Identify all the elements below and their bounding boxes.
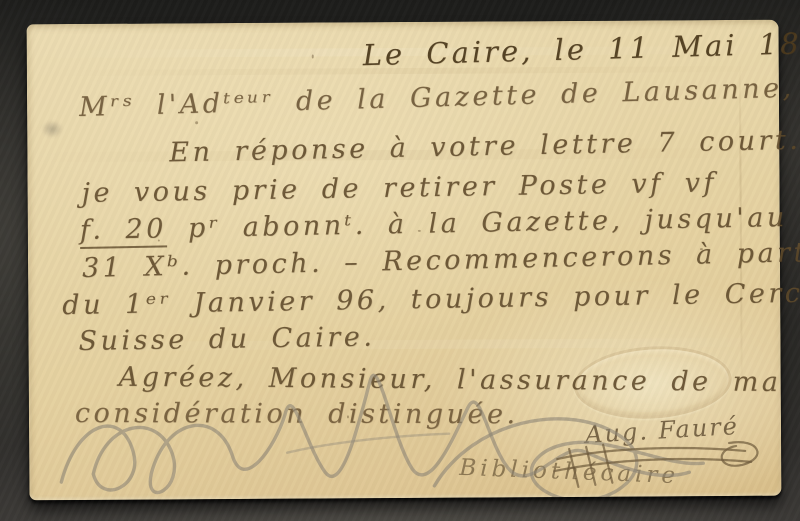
line-text: Suisse du Caire. <box>78 322 375 357</box>
letter-line: je vous prie de retirer Poste vf vf <box>81 167 717 209</box>
letter-line-valediction: Agréez, Monsieur, l'assurance de ma <box>119 362 782 398</box>
underlined-amount: f. 20 <box>80 213 168 249</box>
ink-speck <box>312 55 314 59</box>
signature-title: Bibliothécaire <box>459 455 680 489</box>
postcard: Le Caire, le 11 Mai 1895 Mʳˢ l'Adᵗᵉᵘʳ de… <box>27 20 782 501</box>
line-text: je vous prie de retirer Poste vf vf <box>81 167 717 209</box>
line-text: Mʳˢ l'Adᵗᵉᵘʳ de la Gazette de Lausanne, <box>79 73 795 123</box>
edge-smudge <box>41 120 63 138</box>
photo-background: Le Caire, le 11 Mai 1895 Mʳˢ l'Adᵗᵉᵘʳ de… <box>0 0 800 521</box>
dateline: Le Caire, le 11 Mai 1895 <box>362 25 800 72</box>
ink-speck <box>195 121 198 124</box>
letter-line-valediction: considération distinguée. <box>75 398 519 430</box>
letter-line: Suisse du Caire. <box>78 322 375 357</box>
line-text: considération distinguée. <box>75 398 519 430</box>
letter-line-addressee: Mʳˢ l'Adᵗᵉᵘʳ de la Gazette de Lausanne, <box>79 73 795 123</box>
line-text: pʳ abonnᵗ. à la Gazette, jusqu'au <box>167 202 788 244</box>
line-text: En réponse à votre lettre 7 court. <box>169 125 800 169</box>
letter-line: En réponse à votre lettre 7 court. <box>169 125 800 169</box>
line-text: du 1ᵉʳ Janvier 96, toujours pour le Cerc… <box>62 277 800 321</box>
dateline-text: Le Caire, le 11 Mai 1895 <box>362 25 800 72</box>
letter-line: du 1ᵉʳ Janvier 96, toujours pour le Cerc… <box>62 277 800 321</box>
ink-signature: Aug. Fauré <box>584 412 739 449</box>
line-text: Agréez, Monsieur, l'assurance de ma <box>119 362 782 398</box>
